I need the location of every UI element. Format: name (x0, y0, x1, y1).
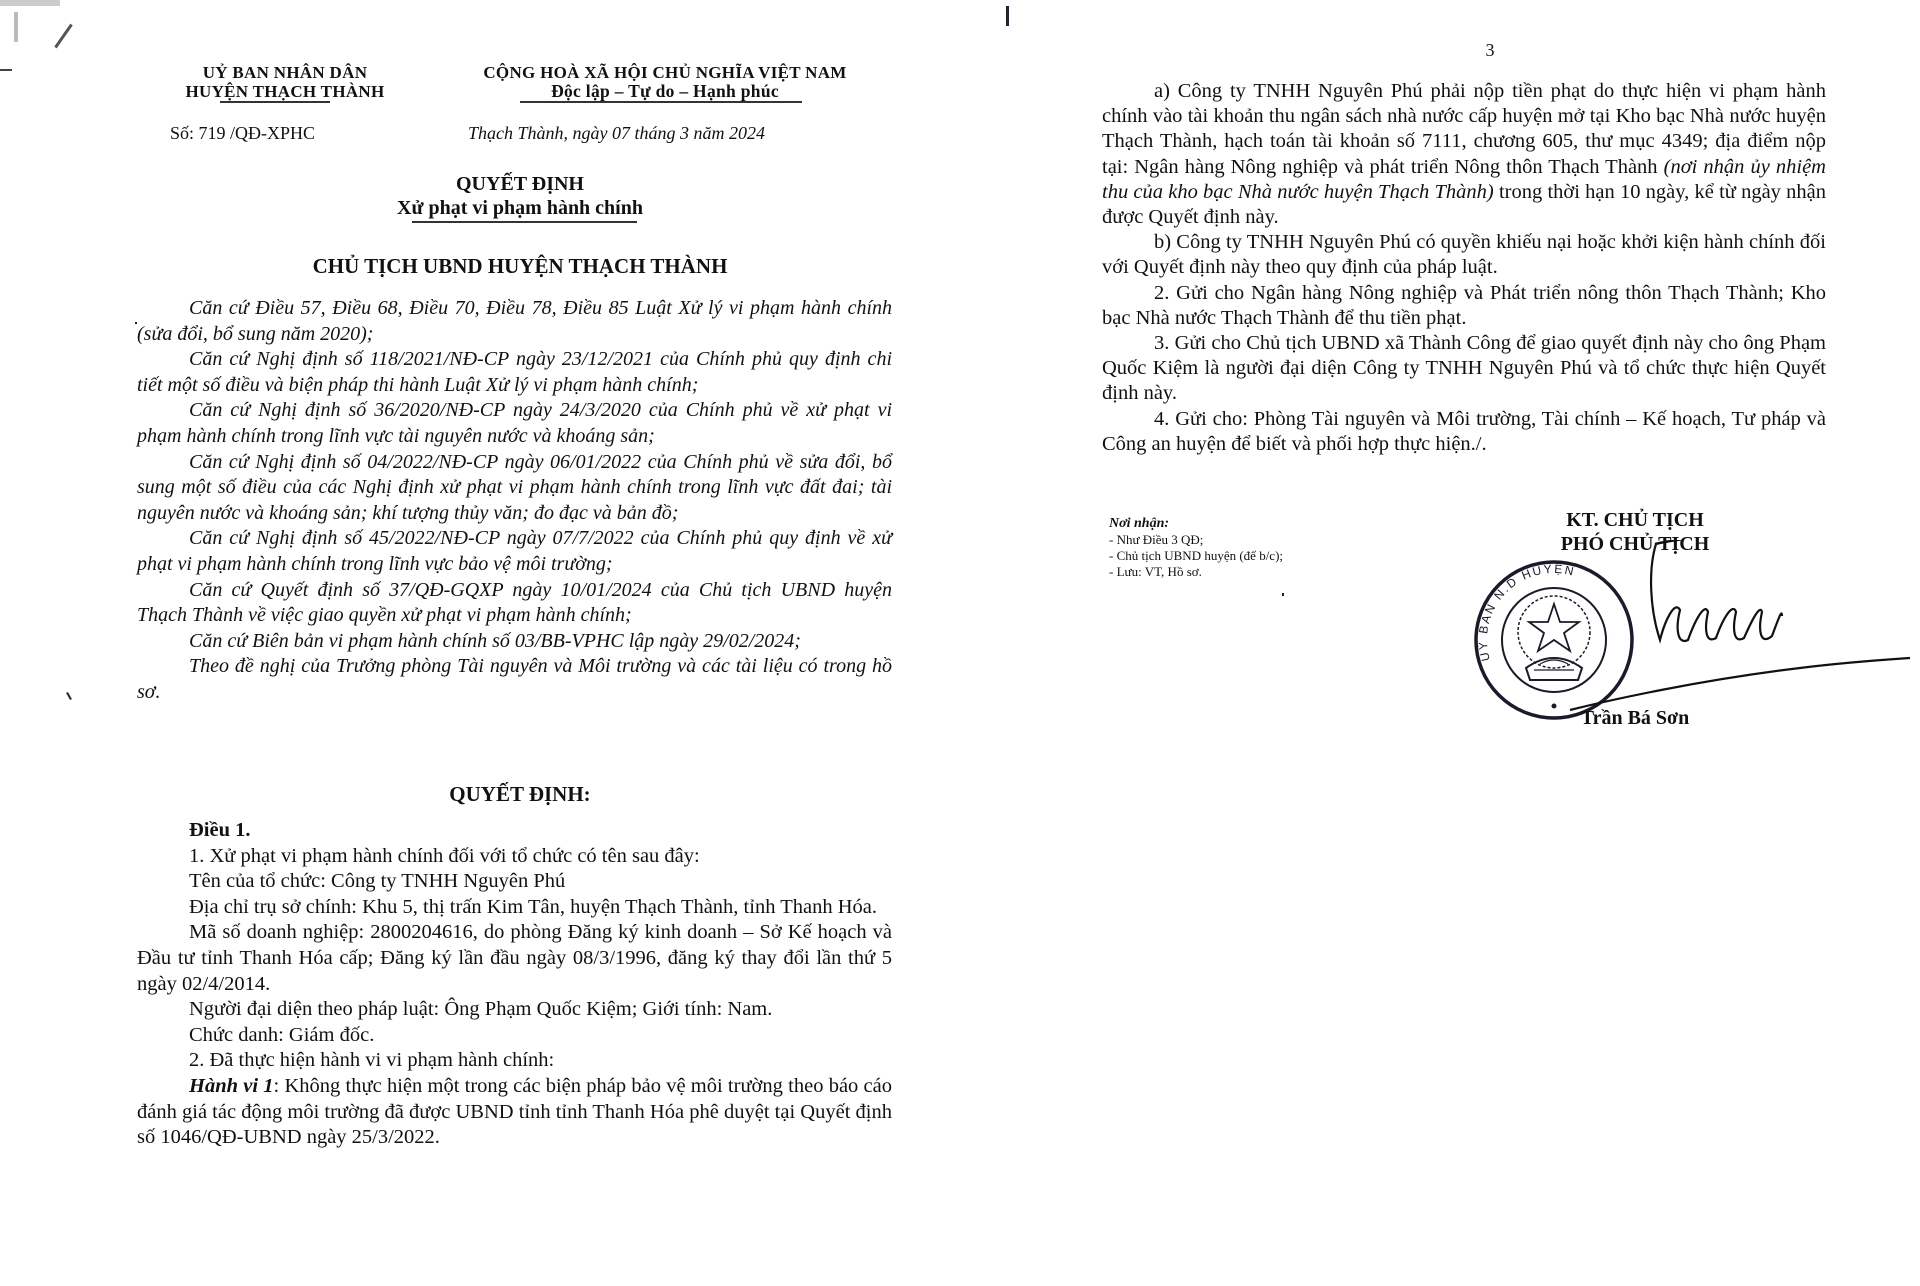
preamble-item: Căn cứ Nghị định số 45/2022/NĐ-CP ngày 0… (137, 526, 892, 577)
signature-stroke (1570, 658, 1910, 710)
article-1-item: Mã số doanh nghiệp: 2800204616, do phòng… (137, 920, 892, 997)
preamble-item: Căn cứ Nghị định số 118/2021/NĐ-CP ngày … (137, 347, 892, 398)
signature-stroke (1651, 544, 1782, 641)
item-2: 2. Gửi cho Ngân hàng Nông nghiệp và Phát… (1102, 281, 1826, 331)
scan-artifact-mark (14, 12, 18, 42)
article-1-item: 1. Xử phạt vi phạm hành chính đối với tổ… (137, 844, 892, 870)
document-subtitle: Xử phạt vi phạm hành chính (330, 196, 710, 220)
scan-artifact-mark (1006, 6, 1009, 26)
nation-line1: CỘNG HOÀ XÃ HỘI CHỦ NGHĨA VIỆT NAM (440, 63, 890, 82)
violation-label: Hành vi 1 (189, 1075, 274, 1097)
nation-underline (520, 101, 802, 103)
right-body: a) Công ty TNHH Nguyên Phú phải nộp tiền… (1102, 79, 1826, 457)
item-4: 4. Gửi cho: Phòng Tài nguyên và Môi trườ… (1102, 407, 1826, 457)
left-page: UỶ BAN NHÂN DÂN HUYỆN THẠCH THÀNH CỘNG H… (0, 0, 960, 1286)
article-1-item: Chức danh: Giám đốc. (137, 1023, 892, 1049)
decision-heading: QUYẾT ĐỊNH: (330, 781, 710, 807)
scan-artifact-mark (66, 692, 72, 700)
preamble-item: Căn cứ Điều 57, Điều 68, Điều 70, Điều 7… (137, 296, 892, 347)
recipient-item: - Chủ tịch UBND huyện (để b/c); (1109, 548, 1283, 564)
article-1-item: Tên của tổ chức: Công ty TNHH Nguyên Phú (137, 869, 892, 895)
preamble: Căn cứ Điều 57, Điều 68, Điều 70, Điều 7… (137, 296, 892, 706)
recipients-heading: Nơi nhận: (1109, 516, 1283, 532)
article-1-heading: Điều 1. (137, 818, 892, 844)
issuing-authority: CHỦ TỊCH UBND HUYỆN THẠCH THÀNH (230, 253, 810, 279)
national-emblem-icon (1476, 562, 1632, 718)
signature-stroke (1655, 540, 1920, 544)
scan-artifact-mark (54, 24, 73, 49)
item-3: 3. Gửi cho Chủ tịch UBND xã Thành Công đ… (1102, 331, 1826, 407)
scan-artifact-dot (1282, 593, 1284, 596)
preamble-item: Căn cứ Quyết định số 37/QĐ-GQXP ngày 10/… (137, 578, 892, 629)
violation-1: Hành vi 1: Không thực hiện một trong các… (137, 1074, 892, 1151)
nation-line2: Độc lập – Tự do – Hạnh phúc (440, 82, 890, 101)
article-1-item: 2. Đã thực hiện hành vi vi phạm hành chí… (137, 1048, 892, 1074)
agency-underline (220, 101, 330, 103)
preamble-item: Căn cứ Nghị định số 04/2022/NĐ-CP ngày 0… (137, 450, 892, 527)
document-number: Số: 719 /QĐ-XPHC (170, 120, 315, 146)
preamble-item: Căn cứ Biên bản vi phạm hành chính số 03… (137, 629, 892, 655)
agency-block: UỶ BAN NHÂN DÂN HUYỆN THẠCH THÀNH (150, 63, 420, 101)
document-title: QUYẾT ĐỊNH (330, 172, 710, 196)
recipient-item: - Lưu: VT, Hồ sơ. (1109, 564, 1283, 580)
signer-name: Trần Bá Sơn (1520, 706, 1750, 730)
right-page: 3 a) Công ty TNHH Nguyên Phú phải nộp ti… (960, 0, 1920, 1286)
preamble-item: Theo đề nghị của Trưởng phòng Tài nguyên… (137, 654, 892, 705)
scan-artifact-dot (135, 322, 137, 324)
article-1: Điều 1. 1. Xử phạt vi phạm hành chính đố… (137, 818, 892, 1151)
recipient-item: - Như Điều 3 QĐ; (1109, 532, 1283, 548)
place-date: Thạch Thành, ngày 07 tháng 3 năm 2024 (468, 120, 765, 146)
preamble-item: Căn cứ Nghị định số 36/2020/NĐ-CP ngày 2… (137, 398, 892, 449)
scan-artifact-mark (0, 0, 60, 6)
subtitle-underline (412, 221, 637, 223)
signature-line1: KT. CHỦ TỊCH (1520, 508, 1750, 532)
article-1-item: Địa chỉ trụ sở chính: Khu 5, thị trấn Ki… (137, 895, 892, 921)
article-1-item: Người đại diện theo pháp luật: Ông Phạm … (137, 997, 892, 1023)
agency-line2: HUYỆN THẠCH THÀNH (150, 82, 420, 101)
nation-block: CỘNG HOÀ XÃ HỘI CHỦ NGHĨA VIỆT NAM Độc l… (440, 63, 890, 101)
paragraph-a: a) Công ty TNHH Nguyên Phú phải nộp tiền… (1102, 79, 1826, 230)
paragraph-b: b) Công ty TNHH Nguyên Phú có quyền khiế… (1102, 230, 1826, 280)
recipients-block: Nơi nhận: - Như Điều 3 QĐ; - Chủ tịch UB… (1109, 516, 1283, 580)
stamp-ring-text: UỶ BAN N.D HUYỆN (1475, 561, 1577, 663)
agency-line1: UỶ BAN NHÂN DÂN (150, 63, 420, 82)
page-number: 3 (1460, 40, 1520, 61)
scan-artifact-mark (0, 69, 12, 71)
